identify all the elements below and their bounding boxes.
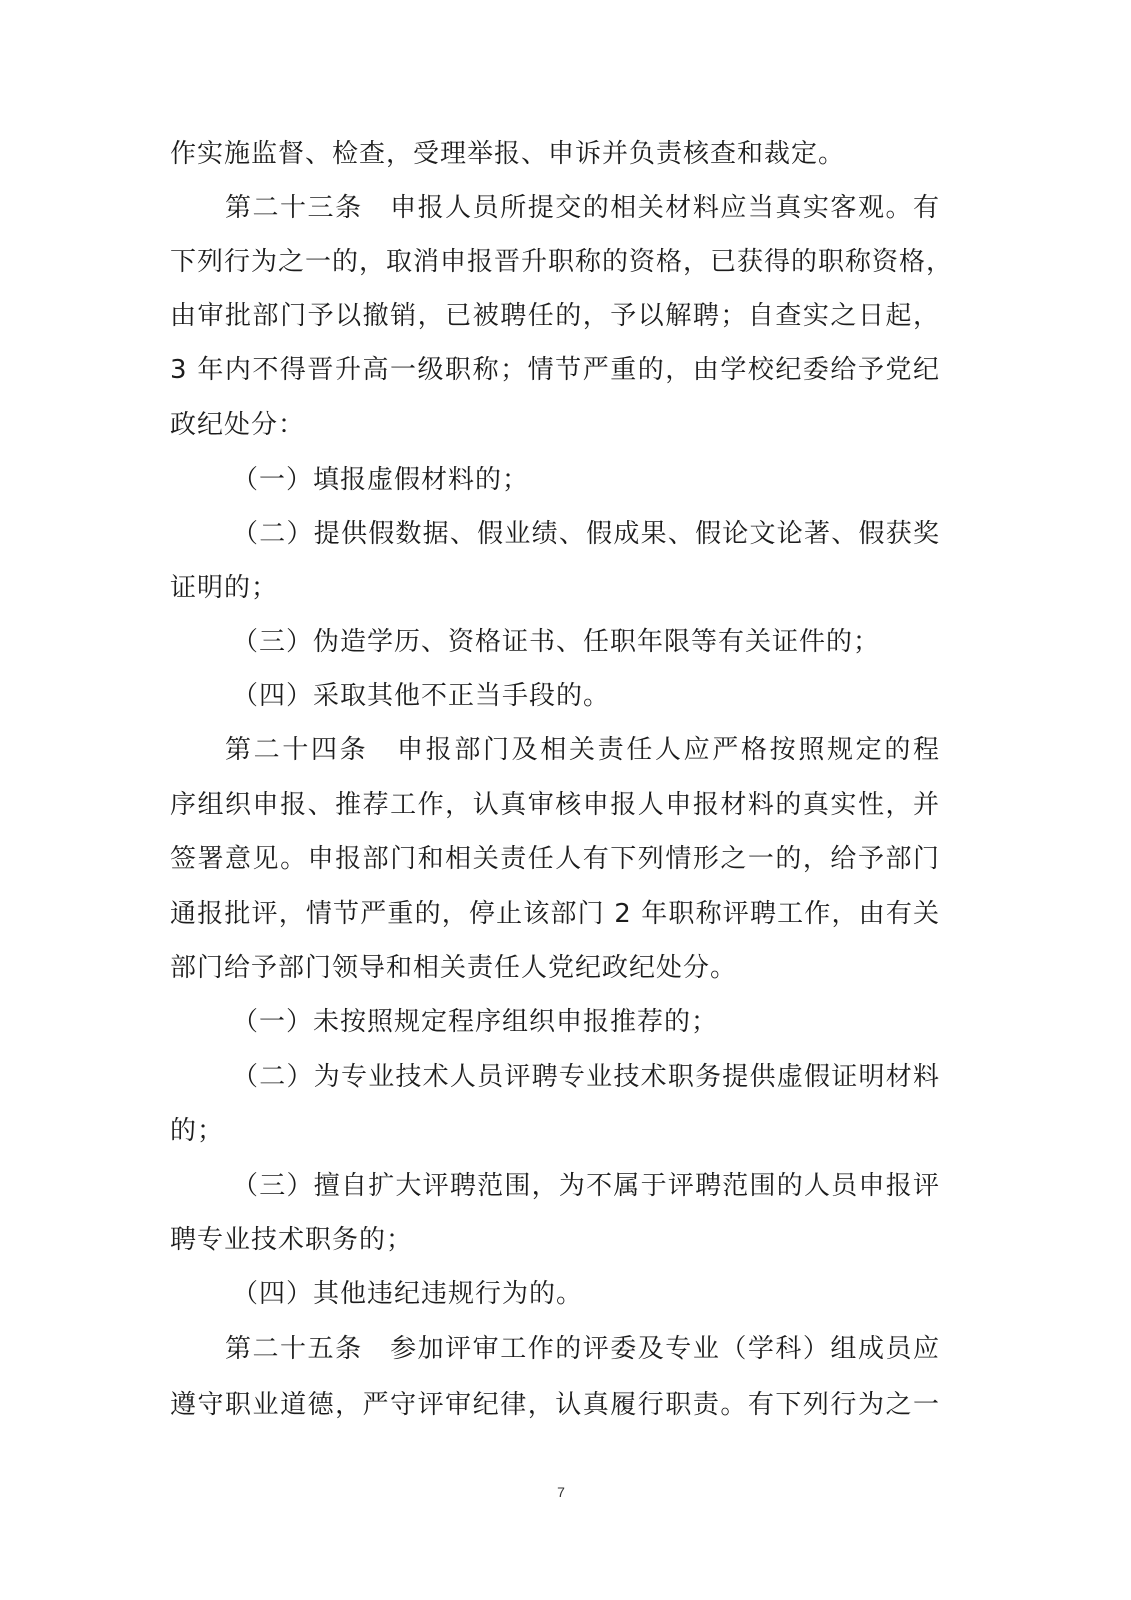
article-24-item-2-cont: 的； [170,1113,940,1149]
page-number: 7 [546,1484,576,1500]
text-line-continuation: 作实施监督、检查，受理举报、申诉并负责核查和裁定。 [170,136,940,172]
article-24-line-3: 签署意见。申报部门和相关责任人有下列情形之一的，给予部门 [170,841,940,877]
article-24-line-2: 序组织申报、推荐工作，认真审核申报人申报材料的真实性，并 [170,787,940,823]
article-25-heading-line: 第二十五条 参加评审工作的评委及专业（学科）组成员应 [225,1331,940,1367]
article-23-item-2-cont: 证明的； [170,570,940,606]
article-23-item-2: （二）提供假数据、假业绩、假成果、假论文论著、假获奖 [232,516,940,552]
document-page: 作实施监督、检查，受理举报、申诉并负责核查和裁定。 第二十三条 申报人员所提交的… [0,0,1131,1600]
article-24-line-4: 通报批评，情节严重的，停止该部门 2 年职称评聘工作，由有关 [170,896,940,932]
article-24-item-3-cont: 聘专业技术职务的； [170,1222,940,1258]
article-24-heading-line: 第二十四条 申报部门及相关责任人应严格按照规定的程 [225,732,940,768]
article-23-item-3: （三）伪造学历、资格证书、任职年限等有关证件的； [232,624,940,660]
article-23-heading-line: 第二十三条 申报人员所提交的相关材料应当真实客观。有 [225,190,940,226]
article-24-item-3: （三）擅自扩大评聘范围，为不属于评聘范围的人员申报评 [232,1168,940,1204]
article-24-item-2: （二）为专业技术人员评聘专业技术职务提供虚假证明材料 [232,1059,940,1095]
article-23-line-3: 由审批部门予以撤销，已被聘任的，予以解聘；自查实之日起， [170,298,940,334]
article-23-line-4: 3 年内不得晋升高一级职称；情节严重的，由学校纪委给予党纪 [170,352,940,388]
article-23-item-1: （一）填报虚假材料的； [232,462,940,498]
article-24-line-5: 部门给予部门领导和相关责任人党纪政纪处分。 [170,950,940,986]
article-24-item-1: （一）未按照规定程序组织申报推荐的； [232,1004,940,1040]
article-23-line-5: 政纪处分： [170,407,940,443]
article-23-line-2: 下列行为之一的，取消申报晋升职称的资格，已获得的职称资格， [170,244,940,280]
article-23-item-4: （四）采取其他不正当手段的。 [232,678,940,714]
article-25-line-2: 遵守职业道德，严守评审纪律，认真履行职责。有下列行为之一 [170,1387,940,1423]
article-24-item-4: （四）其他违纪违规行为的。 [232,1276,940,1312]
